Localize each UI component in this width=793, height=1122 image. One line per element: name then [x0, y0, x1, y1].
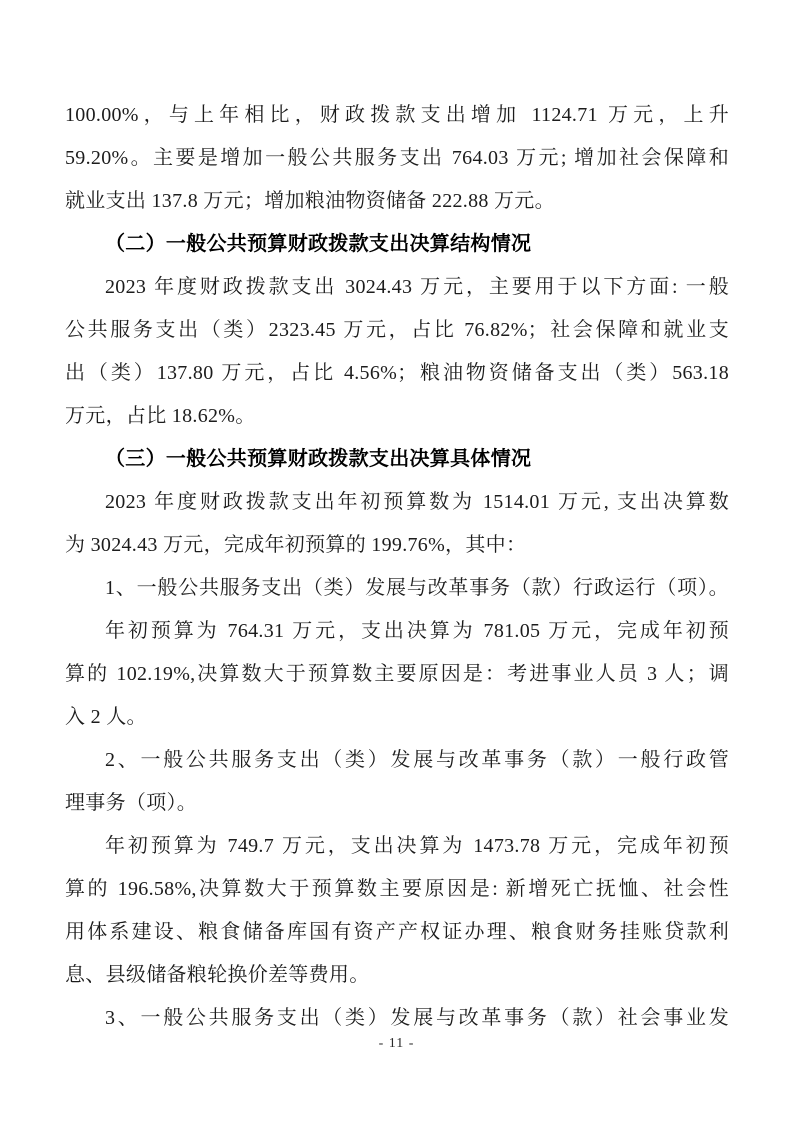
text-line: 出（类）137.80 万元，占比 4.56%；粮油物资储备支出（类）563.18	[65, 352, 729, 395]
text-line: 就业支出 137.8 万元；增加粮油物资储备 222.88 万元。	[65, 180, 729, 223]
section-heading: （三）一般公共预算财政拨款支出决算具体情况	[65, 438, 729, 481]
text-line: （三）一般公共预算财政拨款支出决算具体情况	[65, 438, 729, 481]
text-line: 59.20%。主要是增加一般公共服务支出 764.03 万元; 增加社会保障和	[65, 137, 729, 180]
section-heading: （二）一般公共预算财政拨款支出决算结构情况	[65, 223, 729, 266]
text-line: 算的 196.58%,决算数大于预算数主要原因是: 新增死亡抚恤、社会性	[65, 868, 729, 911]
text-line: 公共服务支出（类）2323.45 万元，占比 76.82%；社会保障和就业支	[65, 309, 729, 352]
text-line: 入 2 人。	[65, 696, 729, 739]
paragraph: 100.00%，与上年相比，财政拨款支出增加 1124.71 万元，上升59.2…	[65, 94, 729, 223]
paragraph: 年初预算为 764.31 万元，支出决算为 781.05 万元，完成年初预算的 …	[65, 610, 729, 739]
paragraph: 2、一般公共服务支出（类）发展与改革事务（款）一般行政管理事务（项）。	[65, 739, 729, 825]
text-line: 算的 102.19%,决算数大于预算数主要原因是：考进事业人员 3 人；调	[65, 653, 729, 696]
document-body: 100.00%，与上年相比，财政拨款支出增加 1124.71 万元，上升59.2…	[65, 94, 729, 1040]
text-line: 年初预算为 749.7 万元，支出决算为 1473.78 万元，完成年初预	[65, 825, 729, 868]
text-line: 100.00%，与上年相比，财政拨款支出增加 1124.71 万元，上升	[65, 94, 729, 137]
paragraph: 3、一般公共服务支出（类）发展与改革事务（款）社会事业发	[65, 997, 729, 1040]
paragraph: 2023 年度财政拨款支出 3024.43 万元，主要用于以下方面: 一般公共服…	[65, 266, 729, 438]
page-number: - 11 -	[0, 1036, 793, 1052]
text-line: 理事务（项）。	[65, 782, 729, 825]
text-line: 2023 年度财政拨款支出 3024.43 万元，主要用于以下方面: 一般	[65, 266, 729, 309]
text-line: 年初预算为 764.31 万元，支出决算为 781.05 万元，完成年初预	[65, 610, 729, 653]
text-line: 万元，占比 18.62%。	[65, 395, 729, 438]
text-line: 息、县级储备粮轮换价差等费用。	[65, 954, 729, 997]
paragraph: 2023 年度财政拨款支出年初预算数为 1514.01 万元, 支出决算数为 3…	[65, 481, 729, 567]
text-line: 用体系建设、粮食储备库国有资产产权证办理、粮食财务挂账贷款利	[65, 911, 729, 954]
text-line: 2023 年度财政拨款支出年初预算数为 1514.01 万元, 支出决算数	[65, 481, 729, 524]
text-line: （二）一般公共预算财政拨款支出决算结构情况	[65, 223, 729, 266]
paragraph: 1、一般公共服务支出（类）发展与改革事务（款）行政运行（项）。	[65, 567, 729, 610]
text-line: 为 3024.43 万元，完成年初预算的 199.76%，其中：	[65, 524, 729, 567]
text-line: 1、一般公共服务支出（类）发展与改革事务（款）行政运行（项）。	[65, 567, 729, 610]
paragraph: 年初预算为 749.7 万元，支出决算为 1473.78 万元，完成年初预算的 …	[65, 825, 729, 997]
text-line: 2、一般公共服务支出（类）发展与改革事务（款）一般行政管	[65, 739, 729, 782]
text-line: 3、一般公共服务支出（类）发展与改革事务（款）社会事业发	[65, 997, 729, 1040]
document-page: 100.00%，与上年相比，财政拨款支出增加 1124.71 万元，上升59.2…	[0, 0, 793, 1122]
